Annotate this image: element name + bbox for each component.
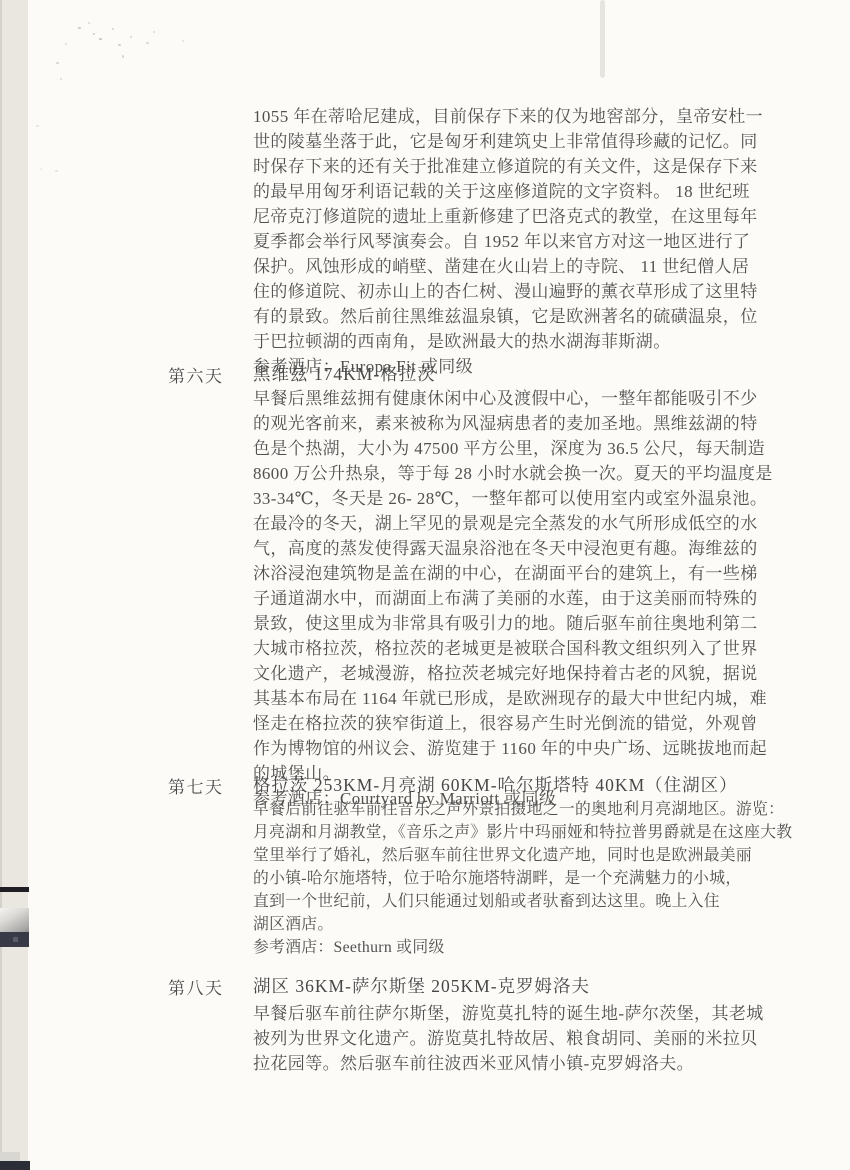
intro-paragraph: 1055 年在蒂哈尼建成，目前保存下来的仅为地窖部分，皇帝安杜一世的陵墓坐落于此… (253, 102, 763, 377)
day7-body: 早餐后前往驱车前往音乐之声外景拍摄地之一的奥地利月亮湖地区。游览：月亮湖和月湖教… (253, 796, 792, 957)
day8-label: 第八天 (168, 974, 224, 999)
day6-title: 黑维兹 174KM-格拉茨 (253, 361, 436, 386)
scan-artifact-thin-line (0, 887, 29, 892)
day7-title: 格拉茨 253KM-月亮湖 60KM-哈尔斯塔特 40KM（住湖区） (253, 772, 738, 797)
scan-artifact-navy-bar (0, 932, 29, 947)
day8-body: 早餐后驱车前往萨尔斯堡，游览莫扎特的诞生地-萨尔茨堡，其老城被列为世界文化遗产。… (253, 999, 764, 1074)
scanner-edge-strip (0, 0, 28, 1170)
scanner-streak-artifact (600, 0, 605, 78)
day6-body: 早餐后黑维兹拥有健康休闲中心及渡假中心，一整年都能吸引不少的观光客前来，素来被称… (253, 384, 773, 809)
scanned-itinerary-page: 1055 年在蒂哈尼建成，目前保存下来的仅为地窖部分，皇帝安杜一世的陵墓坐落于此… (0, 0, 850, 1170)
day8-title: 湖区 36KM-萨尔斯堡 205KM-克罗姆洛夫 (253, 973, 590, 998)
day6-label: 第六天 (168, 362, 224, 387)
scan-artifact-grey-blob (0, 908, 29, 932)
day7-label: 第七天 (168, 773, 224, 798)
scan-artifact-bottom-bar (0, 1161, 30, 1170)
